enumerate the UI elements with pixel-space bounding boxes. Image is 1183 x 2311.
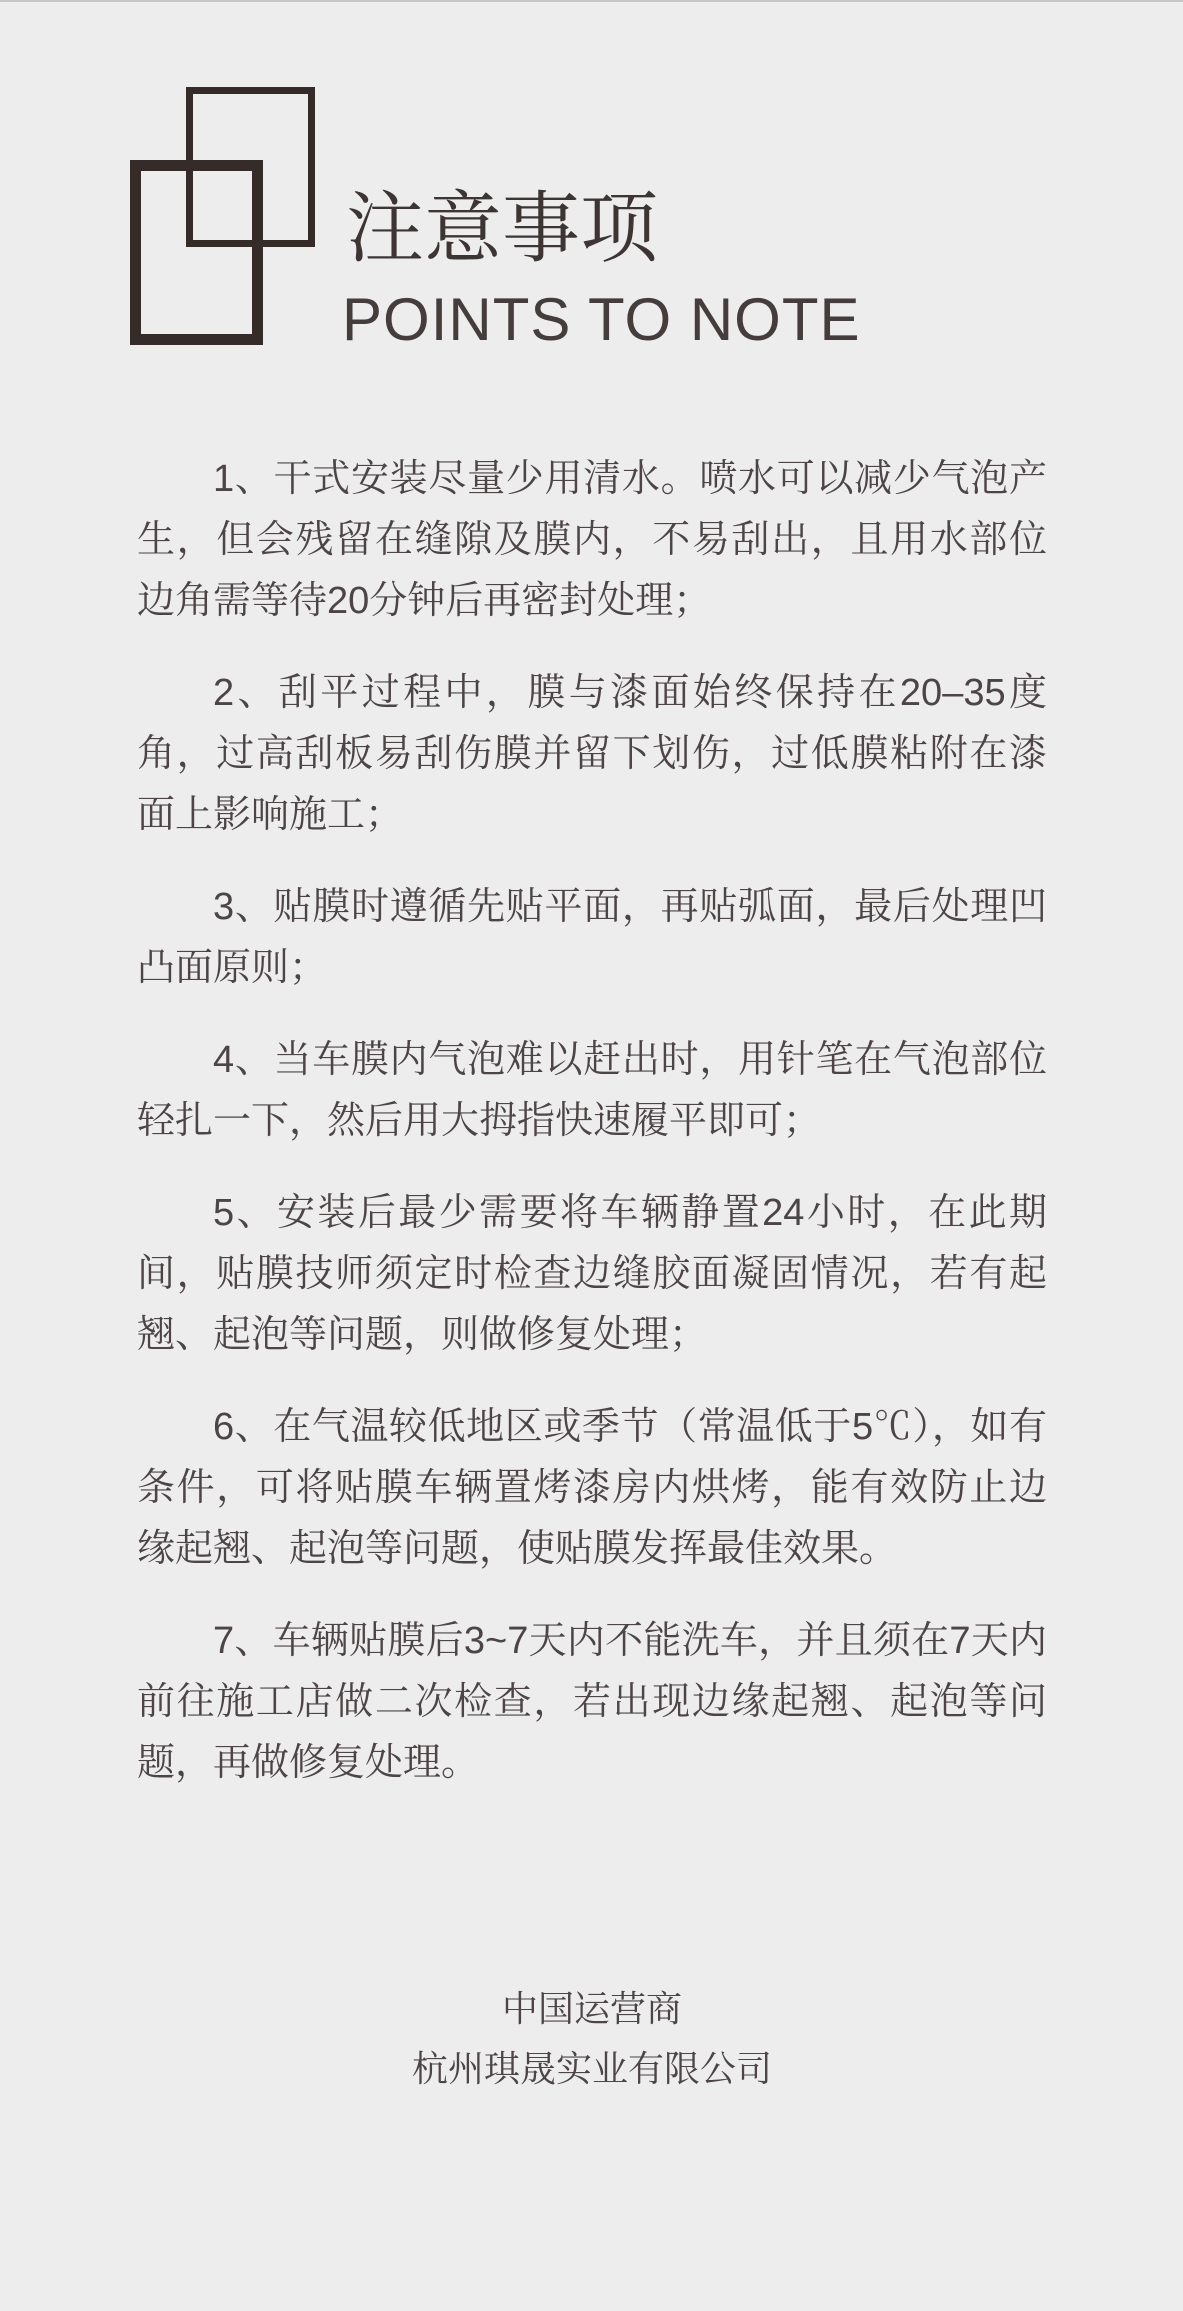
footer-company-name: 杭州琪晟实业有限公司 <box>137 2039 1047 2099</box>
note-item-1: 1、干式安装尽量少用清水。喷水可以减少气泡产生，但会残留在缝隙及膜内，不易刮出，… <box>137 449 1047 632</box>
notice-page: 注意事项 POINTS TO NOTE 1、干式安装尽量少用清水。喷水可以减少气… <box>0 0 1183 2311</box>
note-item-4: 4、当车膜内气泡难以赶出时，用针笔在气泡部位轻扎一下，然后用大拇指快速履平即可； <box>137 1030 1047 1152</box>
note-item-5: 5、安装后最少需要将车辆静置24小时，在此期间，贴膜技师须定时检查边缝胶面凝固情… <box>137 1183 1047 1366</box>
note-item-3: 3、贴膜时遵循先贴平面，再贴弧面，最后处理凹凸面原则； <box>137 877 1047 999</box>
footer-operator-label: 中国运营商 <box>137 1979 1047 2039</box>
overlapping-rectangles-logo <box>130 87 315 345</box>
page-subtitle: POINTS TO NOTE <box>342 289 861 351</box>
page-title: 注意事项 <box>346 188 658 268</box>
notes-list: 1、干式安装尽量少用清水。喷水可以减少气泡产生，但会残留在缝隙及膜内，不易刮出，… <box>137 449 1047 1825</box>
note-item-2: 2、刮平过程中，膜与漆面始终保持在20–35度角，过高刮板易刮伤膜并留下划伤，过… <box>137 663 1047 846</box>
note-item-6: 6、在气温较低地区或季节（常温低于5℃），如有条件，可将贴膜车辆置烤漆房内烘烤，… <box>137 1397 1047 1580</box>
top-edge-line <box>0 0 1183 2</box>
note-item-7: 7、车辆贴膜后3~7天内不能洗车，并且须在7天内前往施工店做二次检查，若出现边缘… <box>137 1611 1047 1794</box>
logo-rect-front <box>130 160 263 345</box>
footer: 中国运营商 杭州琪晟实业有限公司 <box>137 1979 1047 2099</box>
